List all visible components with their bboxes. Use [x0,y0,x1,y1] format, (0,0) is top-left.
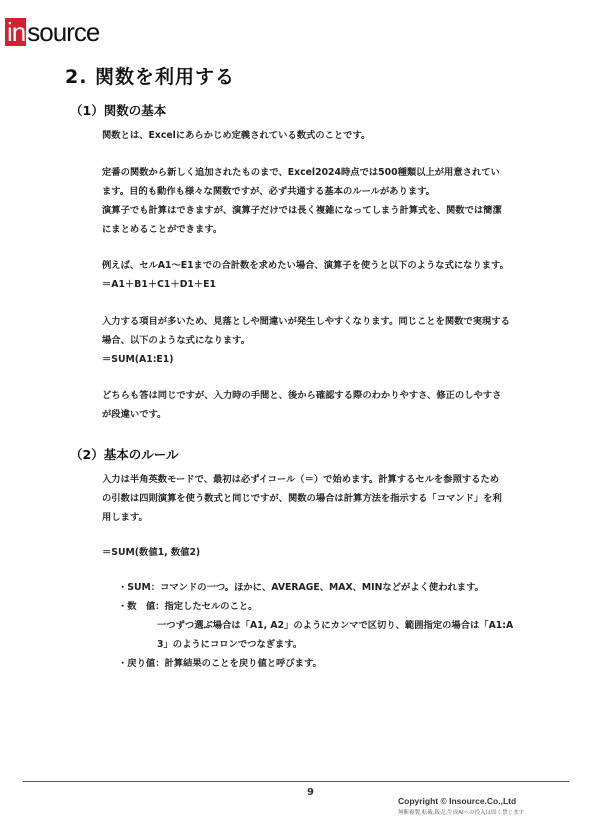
section-heading-2: （2）基本のルール [70,445,178,463]
copyright-notice: 無断複製,転載,販売,生成AIへの投入は固く禁じます [398,808,524,816]
page-number: 9 [307,787,314,798]
bullet-value: ・数 値：指定したセルのこと。 [118,597,257,616]
copyright: Copyright © Insource.Co.,Ltd [398,796,516,806]
paragraph-line: 定番の関数から新しく追加されたものまで、Excel2024時点では500種類以上… [102,163,500,182]
paragraph-line: 関数とは、Excelにあらかじめ定義されている数式のことです。 [102,126,370,145]
page-title: 2. 関数を利用する [65,62,235,89]
paragraph-line: 場合、以下のような式になります。 [102,331,250,350]
paragraph-line: の引数は四則演算を使う数式と同じですが、関数の場合は計算方法を指示する「コマンド… [102,489,502,508]
paragraph-line: 用します。 [102,508,148,527]
paragraph-line: にまとめることができます。 [102,220,222,239]
section-heading-1: （1）関数の基本 [70,101,166,119]
paragraph-line: 演算子でも計算はできますが、演算子だけでは長く複雑になってしまう計算式を、関数で… [102,201,502,220]
logo-in: in [5,18,26,46]
formula-syntax: ＝SUM(数値1, 数値2) [102,543,200,562]
paragraph-line: ます。目的も動作も様々な関数ですが、必ず共通する基本のルールがあります。 [102,182,435,201]
bullet-sum: ・SUM：コマンドの一つ。ほかに、AVERAGE、MAX、MINなどがよく使われ… [118,578,484,597]
bullet-value-detail: 一つずつ選ぶ場合は「A1, A2」のようにカンマで区切り、範囲指定の場合は「A1… [157,616,513,635]
insource-logo: in source [5,18,99,46]
paragraph-line: どちらも答は同じですが、入力時の手間と、後から確認する際のわかりやすさ、修正のし… [102,386,501,405]
bullet-return-value: ・戻り値：計算結果のことを戻り値と呼びます。 [118,654,322,673]
bullet-value-detail: 3」のようにコロンでつなぎます。 [157,635,302,654]
logo-source: source [27,18,99,46]
formula-example: ＝A1＋B1＋C1＋D1＋E1 [102,275,216,294]
paragraph-line: 入力は半角英数モードで、最初は必ずイコール（＝）で始めます。計算するセルを参照す… [102,470,499,489]
formula-example: ＝SUM(A1:E1) [102,350,174,369]
paragraph-line: が段違いです。 [102,405,166,424]
footer-divider [23,781,569,782]
paragraph-line: 入力する項目が多いため、見落としや間違いが発生しやすくなります。同じことを関数で… [102,312,510,331]
paragraph-line: 例えば、セルA1～E1までの合計数を求めたい場合、演算子を使うと以下のような式に… [102,256,509,275]
